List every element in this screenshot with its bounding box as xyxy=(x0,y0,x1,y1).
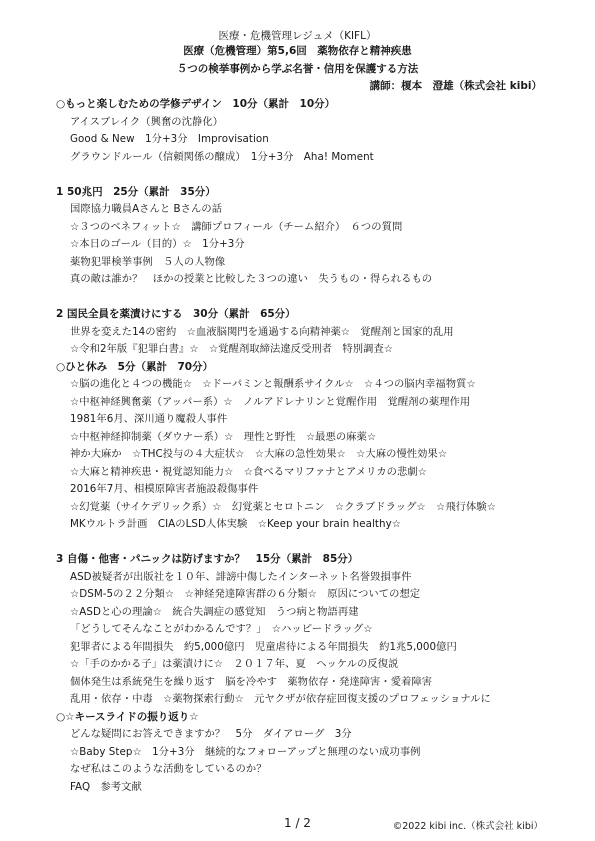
agenda-item: ☆本日のゴール（目的）☆ 1分+3分 xyxy=(56,236,556,254)
agenda-section-3: 3 自傷・他害・パニックは防げますか？ 15分（累計 85分） ASD被疑者が出… xyxy=(56,551,556,709)
section-heading: ○ひと休み 5分（累計 70分） xyxy=(56,359,556,377)
spacer xyxy=(56,534,556,552)
agenda-item: 世界を変えた14の密約 ☆血液脳関門を通過する向精神薬☆ 覚醒剤と国家的乱用 xyxy=(56,324,556,342)
agenda-item: ☆ASDと心の理論☆ 統合失調症の感覚知 うつ病と物語再建 xyxy=(56,604,556,622)
agenda-item: Good & New 1分+3分 Improvisation xyxy=(56,131,556,149)
agenda-section-2: 2 国民全員を薬漬けにする 30分（累計 65分） 世界を変えた14の密約 ☆血… xyxy=(56,306,556,359)
agenda-item: 薬物犯罪検挙事例 ５人の人物像 xyxy=(56,254,556,272)
agenda-item: ☆中枢神経興奮薬（アッパー系）☆ ノルアドレナリンと覚醒作用 覚醒剤の薬理作用 xyxy=(56,394,556,412)
agenda-item: ☆３つのベネフィット☆ 講師プロフィール（チーム紹介） ６つの質問 xyxy=(56,219,556,237)
resume-page: 医療・危機管理レジュメ（KIFL） 医療（危機管理）第5,6回 薬物依存と精神疾… xyxy=(0,0,595,841)
page-number: 1 / 2 xyxy=(284,816,311,830)
agenda-item: ASD被疑者が出版社を１０年、誹謗中傷したインターネット名誉毀損事件 xyxy=(56,569,556,587)
lecture-subtitle: ５つの検挙事例から学ぶ名誉・信用を保護する方法 xyxy=(0,62,595,76)
section-heading: ○☆キースライドの振り返り☆ xyxy=(56,709,556,727)
agenda-item: ☆令和2年版『犯罪白書』☆ ☆覚醒剤取締法違反受刑者 特別調査☆ xyxy=(56,341,556,359)
agenda-item: ☆幻覚薬（サイケデリック系）☆ 幻覚薬とセロトニン ☆クラブドラッグ☆ ☆飛行体… xyxy=(56,499,556,517)
agenda-item: ☆Baby Step☆ 1分+3分 継続的なフォローアップと無理のない成功事例 xyxy=(56,744,556,762)
document-series-title: 医療・危機管理レジュメ（KIFL） xyxy=(0,29,595,43)
agenda-item: ☆DSM-5の２２分類☆ ☆神経発達障害群の６分類☆ 原因についての想定 xyxy=(56,586,556,604)
agenda-item: どんな疑問にお答えできますか？ 5分 ダイアローグ 3分 xyxy=(56,726,556,744)
section-heading: 3 自傷・他害・パニックは防げますか？ 15分（累計 85分） xyxy=(56,551,556,569)
agenda-item: 1981年6月、深川通り魔殺人事件 xyxy=(56,411,556,429)
agenda-item: 神か大麻か ☆THC投与の４大症状☆ ☆大麻の急性効果☆ ☆大麻の慢性効果☆ xyxy=(56,446,556,464)
agenda-item: ☆脳の進化と４つの機能☆ ☆ドーパミンと報酬系サイクル☆ ☆４つの脳内幸福物質☆ xyxy=(56,376,556,394)
agenda-item: グラウンドルール（信頼関係の醸成） 1分+3分 Aha! Moment xyxy=(56,149,556,167)
agenda-item: 2016年7月、相模原障害者施設殺傷事件 xyxy=(56,481,556,499)
lecture-title: 医療（危機管理）第5,6回 薬物依存と精神疾患 xyxy=(0,44,595,58)
section-heading: ○もっと楽しむための学修デザイン 10分（累計 10分） xyxy=(0,96,556,114)
agenda-item: アイスブレイク（興奮の沈静化） xyxy=(56,114,556,132)
agenda-section-review: ○☆キースライドの振り返り☆ どんな疑問にお答えできますか？ 5分 ダイアローグ… xyxy=(56,709,556,797)
agenda-item: FAQ 参考文献 xyxy=(56,779,556,797)
instructor-credit: 講師：榎本 澄雄（株式会社 kibi） xyxy=(370,79,542,93)
agenda-item: 犯罪者による年間損失 約5,000億円 児童虐待による年間損失 約1兆5,000… xyxy=(56,639,556,657)
agenda-item: 「どうしてそんなことがわかるんです？」 ☆ハッピードラッグ☆ xyxy=(56,621,556,639)
agenda-section-break: ○ひと休み 5分（累計 70分） ☆脳の進化と４つの機能☆ ☆ドーパミンと報酬系… xyxy=(56,359,556,534)
agenda-section-intro: ○もっと楽しむための学修デザイン 10分（累計 10分） アイスブレイク（興奮の… xyxy=(56,96,556,166)
agenda-item: 真の敵は誰か？ ほかの授業と比較した３つの違い 失うもの・得られるもの xyxy=(56,271,556,289)
agenda-item: MKウルトラ計画 CIAのLSD人体実験 ☆Keep your brain he… xyxy=(56,516,556,534)
agenda-item: 国際協力職員Aさんと Bさんの話 xyxy=(56,201,556,219)
spacer xyxy=(56,289,556,307)
spacer xyxy=(56,166,556,184)
section-heading: 2 国民全員を薬漬けにする 30分（累計 65分） xyxy=(56,306,556,324)
copyright-notice: ©2022 kibi inc.（株式会社 kibi） xyxy=(393,818,543,832)
agenda-item: なぜ私はこのような活動をしているのか？ xyxy=(56,761,556,779)
agenda-body: ○もっと楽しむための学修デザイン 10分（累計 10分） アイスブレイク（興奮の… xyxy=(56,96,556,796)
agenda-item: ☆中枢神経抑制薬（ダウナー系）☆ 理性と野性 ☆最悪の麻薬☆ xyxy=(56,429,556,447)
agenda-item: 乱用・依存・中毒 ☆薬物探索行動☆ 元ヤクザが依存症回復支援のプロフェッショナル… xyxy=(56,691,556,709)
agenda-item: ☆大麻と精神疾患・視覚認知能力☆ ☆食べるマリファナとアメリカの悲劇☆ xyxy=(56,464,556,482)
agenda-item: ☆「手のかかる子」は薬漬けに☆ ２０１７年、夏 ヘッケルの反復説 xyxy=(56,656,556,674)
agenda-item: 個体発生は系統発生を繰り返す 脳を冷やす 薬物依存・発達障害・愛着障害 xyxy=(56,674,556,692)
section-heading: 1 50兆円 25分（累計 35分） xyxy=(56,184,556,202)
agenda-section-1: 1 50兆円 25分（累計 35分） 国際協力職員Aさんと Bさんの話 ☆３つの… xyxy=(56,184,556,289)
